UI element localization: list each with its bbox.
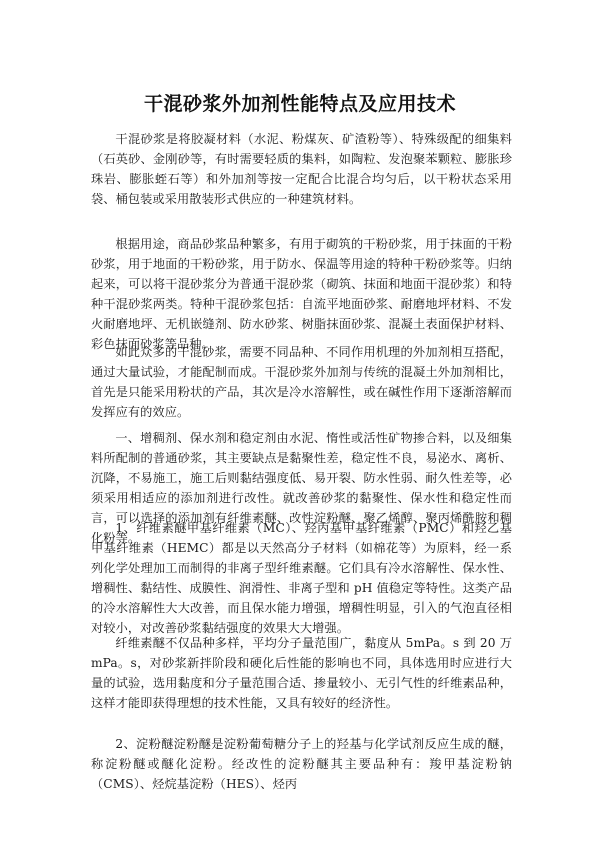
paragraph-cellulose-ether-selection: 纤维素醚不仅品种多样，平均分子量范围广，黏度从 5mPa。s 到 20 万 mP… — [91, 633, 512, 713]
paragraph-intro: 干混砂浆是将胶凝材料（水泥、粉煤灰、矿渣粉等）、特殊级配的细集料（石英砂、金刚砂… — [91, 129, 512, 209]
document-title: 干混砂浆外加剂性能特点及应用技术 — [0, 89, 600, 116]
paragraph-classification: 根据用途，商品砂浆品种繁多，有用于砌筑的干粉砂浆，用于抹面的干粉砂浆，用于地面的… — [91, 234, 512, 354]
paragraph-cellulose-ether: 1、纤维素醚甲基纤维素（MC）、羟丙基甲基纤维素（PMC）和羟乙基甲基纤维素（H… — [91, 518, 512, 638]
paragraph-admixture-requirements: 如此众多的干混砂浆，需要不同品种、不同作用机理的外加剂相互搭配，通过大量试验，才… — [91, 342, 512, 422]
paragraph-starch-ether: 2、淀粉醚淀粉醚是淀粉葡萄糖分子上的羟基与化学试剂反应生成的醚，称淀粉醚或醚化淀… — [91, 734, 512, 794]
